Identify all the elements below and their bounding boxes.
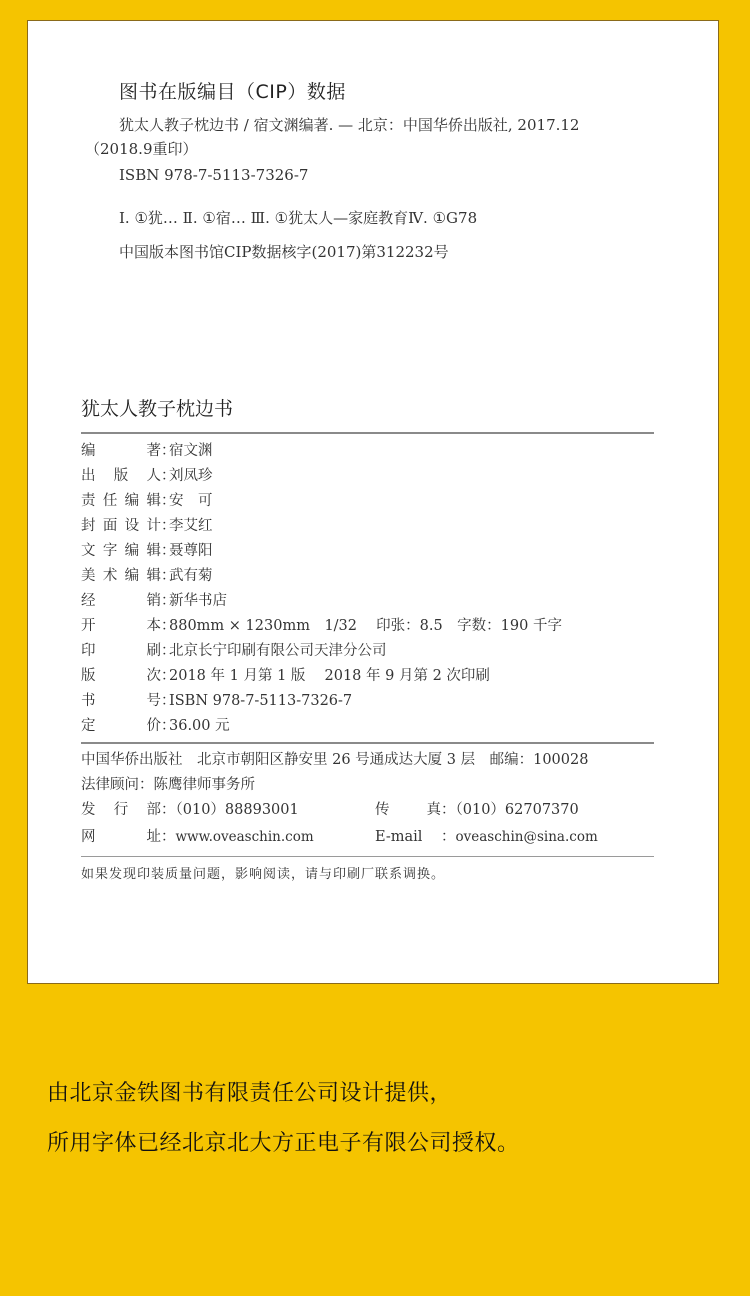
- credit-label: 出版人: [81, 466, 161, 486]
- credit-value: 宿文渊: [169, 443, 213, 459]
- quality-notice: 如果发现印装质量问题，影响阅读，请与印刷厂联系调换。: [81, 863, 445, 882]
- sales-phone: （010）88893001: [176, 802, 299, 818]
- email-link[interactable]: oveaschin@sina.com: [456, 829, 598, 845]
- credit-row-art-editor: 美术编辑：武有菊: [81, 566, 213, 586]
- cip-record-line2: （2018.9重印）: [85, 138, 198, 159]
- sales-label: 发行部: [81, 800, 161, 820]
- legal-counsel-row: 法律顾问：陈鹰律师事务所: [81, 775, 255, 795]
- credit-value: 李艾红: [169, 518, 213, 534]
- credit-row-isbn: 书号：ISBN 978-7-5113-7326-7: [81, 691, 352, 711]
- credit-value: 聂尊阳: [169, 543, 213, 559]
- cip-record-line1: 犹太人教子枕边书 / 宿文渊编著. — 北京：中国华侨出版社, 2017.12: [119, 114, 579, 135]
- credit-row-distributor: 经销：新华书店: [81, 591, 227, 611]
- credit-label: 编著: [81, 441, 161, 461]
- credit-label: 责任编辑: [81, 491, 161, 511]
- web-email-row: 网址：www.oveaschin.com E-mail：oveaschin@si…: [81, 827, 654, 847]
- cip-classification: Ⅰ. ①犹… Ⅱ. ①宿… Ⅲ. ①犹太人—家庭教育Ⅳ. ①G78: [119, 207, 477, 228]
- credit-value: 刘凤珍: [169, 468, 213, 484]
- credit-row-publisher: 出版人：刘凤珍: [81, 466, 213, 486]
- credit-row-cover-design: 封面设计：李艾红: [81, 516, 213, 536]
- credit-value: 北京长宁印刷有限公司天津分公司: [169, 643, 387, 659]
- credit-row-text-editor: 文字编辑：聂尊阳: [81, 541, 213, 561]
- book-title: 犹太人教子枕边书: [81, 394, 233, 421]
- cip-number: 中国版本图书馆CIP数据核字(2017)第312232号: [119, 241, 449, 262]
- legal-value: 陈鹰律师事务所: [154, 777, 256, 793]
- credit-label: 文字编辑: [81, 541, 161, 561]
- credit-label: 封面设计: [81, 516, 161, 536]
- credit-value: 880mm × 1230mm 1/32 印张：8.5 字数：190 千字: [169, 618, 562, 634]
- publisher-address: 中国华侨出版社 北京市朝阳区静安里 26 号通成达大厦 3 层 邮编：10002…: [81, 750, 588, 770]
- credit-row-format: 开本：880mm × 1230mm 1/32 印张：8.5 字数：190 千字: [81, 616, 562, 636]
- credit-row-responsible-editor: 责任编辑：安 可: [81, 491, 213, 511]
- credit-value: 安 可: [169, 493, 213, 509]
- credit-row-price: 定价：36.00 元: [81, 716, 230, 736]
- cip-title: 图书在版编目（CIP）数据: [119, 77, 346, 104]
- notice-divider: [81, 856, 654, 857]
- credit-value: ISBN 978-7-5113-7326-7: [169, 693, 352, 709]
- credit-label: 定价: [81, 716, 161, 736]
- web-label: 网址: [81, 827, 161, 847]
- credit-label: 书号: [81, 691, 161, 711]
- sales-fax-row: 发行部：（010）88893001 传真：（010）62707370: [81, 800, 654, 820]
- publisher-divider: [81, 742, 654, 744]
- credit-row-editor: 编著：宿文渊: [81, 441, 213, 461]
- credit-row-printer: 印刷：北京长宁印刷有限公司天津分公司: [81, 641, 387, 661]
- credit-value: 新华书店: [169, 593, 227, 609]
- cip-isbn: ISBN 978-7-5113-7326-7: [119, 166, 308, 184]
- copyright-page-panel: 图书在版编目（CIP）数据 犹太人教子枕边书 / 宿文渊编著. — 北京：中国华…: [27, 20, 719, 984]
- footer-font-license: 所用字体已经北京北大方正电子有限公司授权。: [47, 1126, 520, 1157]
- credit-label: 版次: [81, 666, 161, 686]
- credit-label: 经销: [81, 591, 161, 611]
- credit-label: 印刷: [81, 641, 161, 661]
- credit-label: 开本: [81, 616, 161, 636]
- credit-value: 2018 年 1 月第 1 版 2018 年 9 月第 2 次印刷: [169, 668, 490, 684]
- legal-label: 法律顾问: [81, 777, 139, 793]
- website-link[interactable]: www.oveaschin.com: [176, 829, 314, 845]
- title-divider: [81, 432, 654, 434]
- fax-number: （010）62707370: [456, 802, 579, 818]
- credit-value: 36.00 元: [169, 718, 230, 734]
- footer-design-credit: 由北京金铁图书有限责任公司设计提供，: [47, 1076, 452, 1107]
- credit-label: 美术编辑: [81, 566, 161, 586]
- credit-row-edition: 版次：2018 年 1 月第 1 版 2018 年 9 月第 2 次印刷: [81, 666, 490, 686]
- email-label: E-mail: [375, 827, 441, 847]
- fax-label: 传真: [375, 800, 441, 820]
- credit-value: 武有菊: [169, 568, 213, 584]
